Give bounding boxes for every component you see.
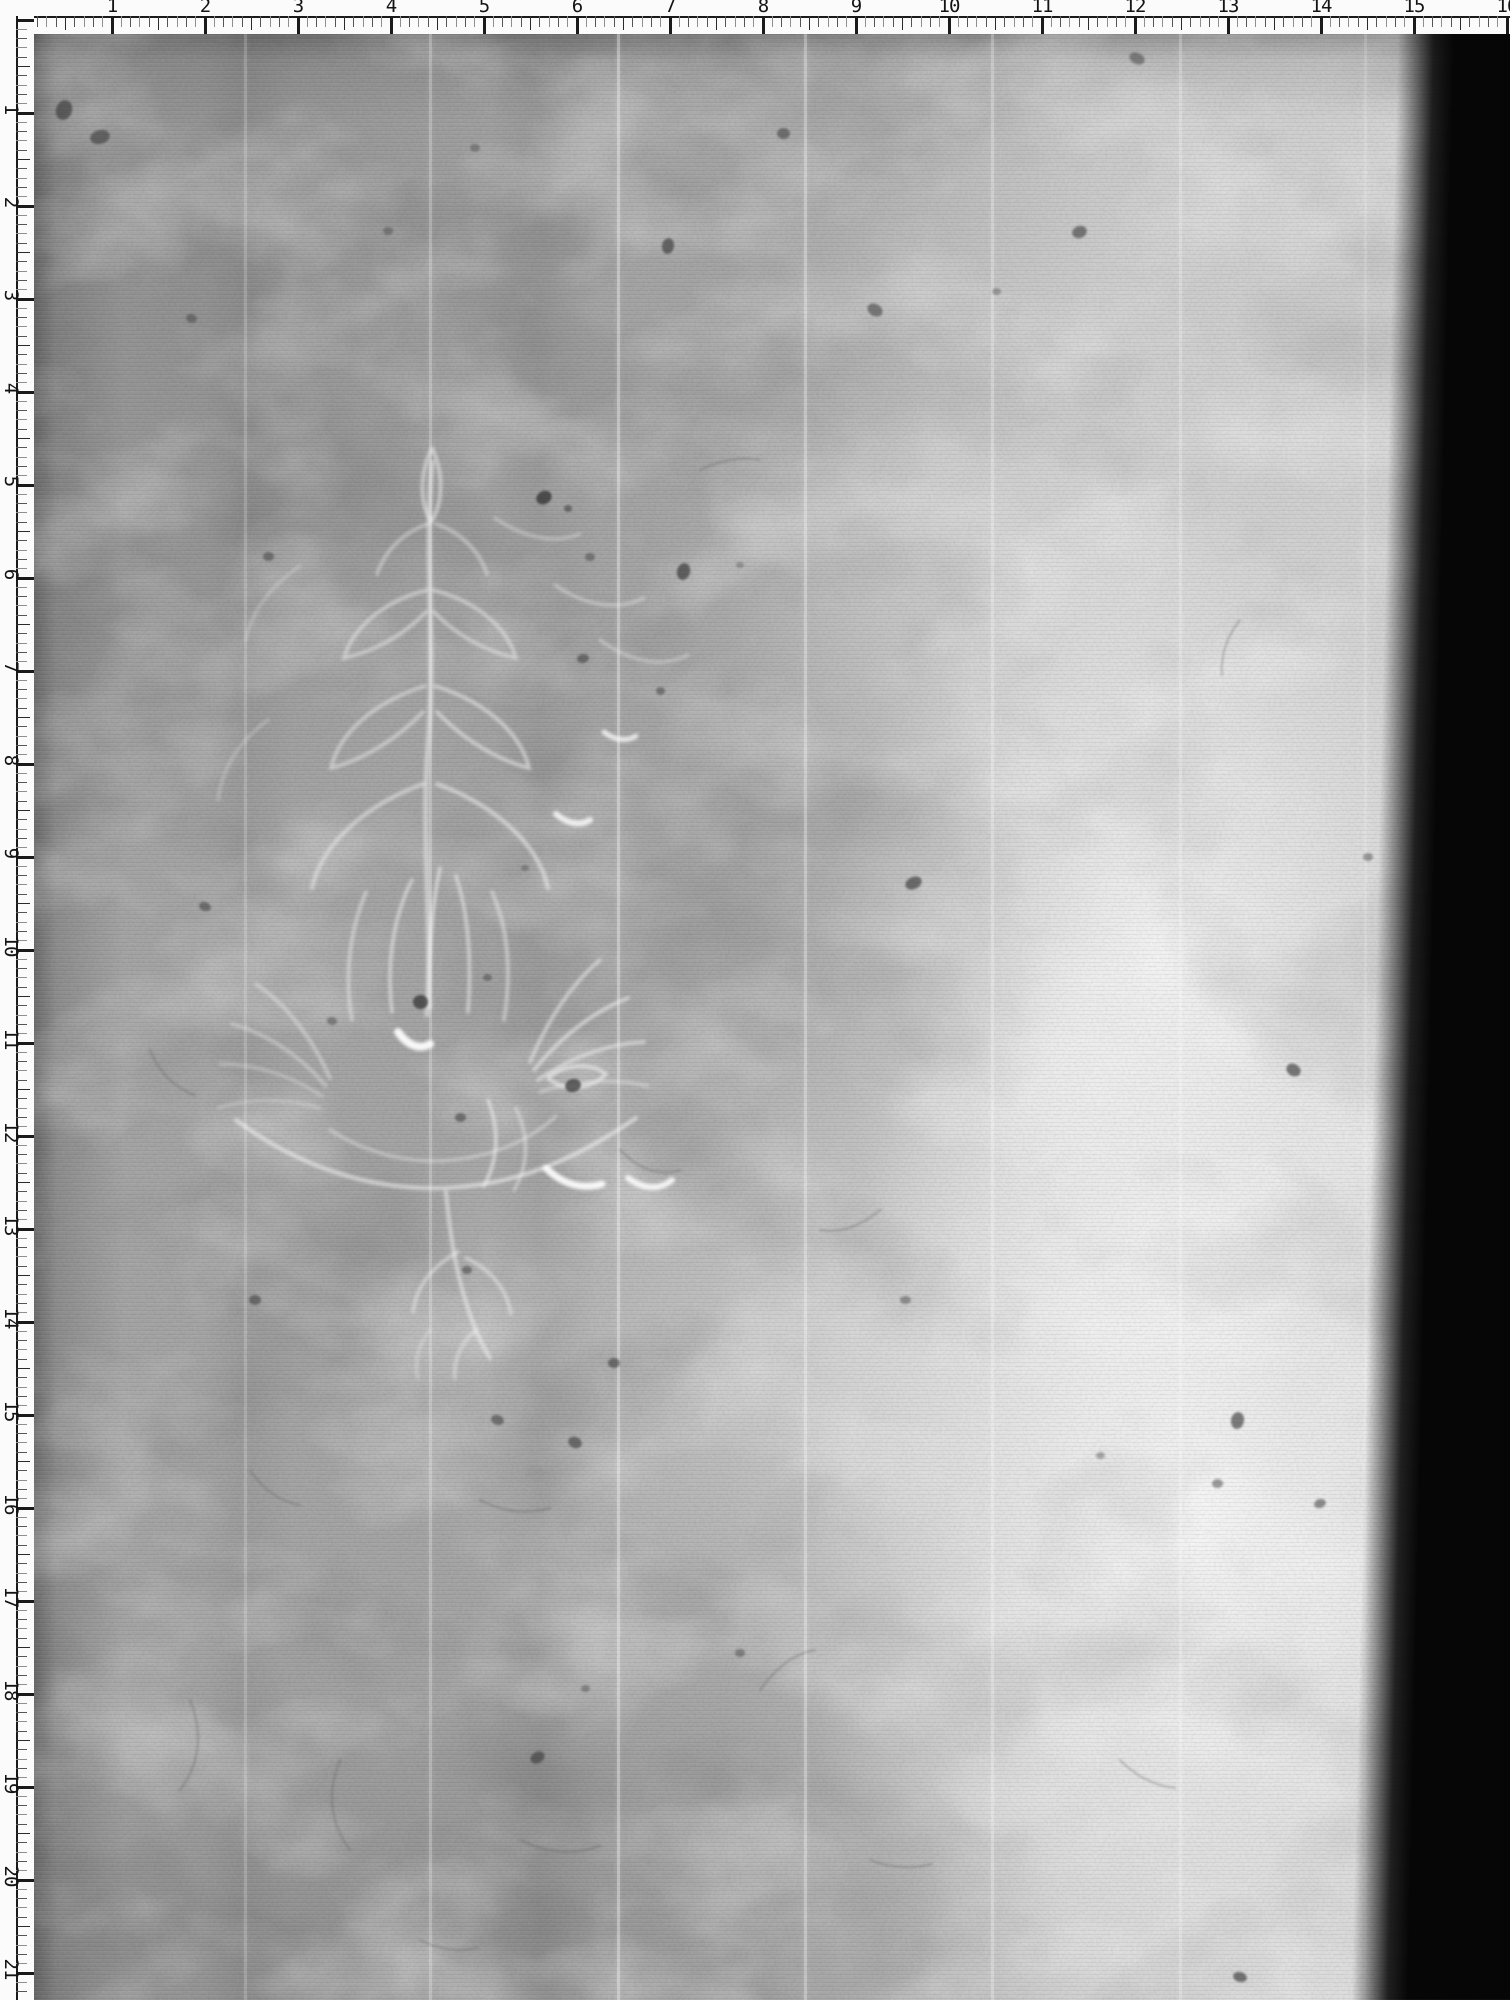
mm-tick <box>902 16 904 30</box>
ruler-left-label: 8 <box>0 738 19 782</box>
mm-tick <box>790 16 791 27</box>
mm-tick <box>1376 16 1377 27</box>
mm-tick <box>16 1191 27 1192</box>
mm-tick <box>530 16 532 30</box>
watermark-stroke <box>604 732 636 739</box>
watermark-stroke <box>218 1101 320 1109</box>
mm-tick <box>16 1563 27 1564</box>
mm-tick <box>16 1731 27 1732</box>
mm-tick <box>307 16 308 27</box>
watermark-stroke <box>446 1192 490 1358</box>
watermark-stroke <box>344 590 427 658</box>
cm-tick <box>948 16 951 34</box>
ruler-left-label: 9 <box>0 831 19 875</box>
mm-tick <box>16 1740 30 1742</box>
mm-tick <box>16 1824 27 1825</box>
mm-tick <box>16 633 27 634</box>
fiber-wisps <box>150 459 1240 1950</box>
mm-tick <box>16 1340 27 1341</box>
mm-tick <box>16 150 27 151</box>
watermark-stroke <box>600 640 688 662</box>
mm-tick <box>16 522 27 523</box>
mm-tick <box>16 708 27 709</box>
mm-tick <box>1023 16 1024 27</box>
mm-tick <box>1060 16 1061 27</box>
mm-tick <box>16 1359 27 1360</box>
mm-tick <box>1255 16 1256 27</box>
mm-tick <box>16 1619 27 1620</box>
mm-tick <box>16 1349 27 1350</box>
mm-tick <box>16 819 27 820</box>
mm-tick <box>16 605 27 606</box>
mm-tick <box>16 1182 30 1184</box>
mm-tick <box>1386 16 1387 27</box>
mm-tick <box>270 16 271 27</box>
mm-tick <box>502 16 503 27</box>
mm-tick <box>139 16 140 27</box>
mm-tick <box>474 16 475 27</box>
watermark-stroke <box>556 814 590 823</box>
paper-speck <box>1096 1452 1105 1459</box>
paper-speck <box>581 1685 590 1692</box>
watermark-stroke <box>433 590 516 658</box>
mm-tick <box>707 16 708 27</box>
mm-tick <box>167 16 168 27</box>
mm-tick <box>428 16 429 27</box>
cm-tick <box>669 16 672 34</box>
mm-tick <box>335 16 336 27</box>
mm-tick <box>725 16 726 27</box>
mm-tick <box>16 791 27 792</box>
mm-tick <box>632 16 633 27</box>
mm-tick <box>16 1442 27 1443</box>
mm-tick <box>967 16 968 27</box>
mm-tick <box>1404 16 1405 27</box>
mm-tick <box>846 16 847 27</box>
mm-tick <box>16 1712 27 1713</box>
paper-speck <box>455 1113 466 1122</box>
mm-tick <box>16 47 27 48</box>
watermark-stroke <box>348 892 366 1020</box>
mm-tick <box>893 16 894 27</box>
mm-tick <box>409 16 410 27</box>
paper-speck <box>470 144 480 152</box>
watermark-stroke <box>390 880 412 1012</box>
cm-tick <box>1506 16 1509 34</box>
mm-tick <box>16 1247 27 1248</box>
ruler-top-label: 10 <box>927 0 971 15</box>
mm-tick <box>16 1201 27 1202</box>
mm-tick <box>1460 16 1462 30</box>
ruler-top-label: 5 <box>462 0 506 15</box>
paper-speck <box>900 1296 911 1304</box>
mm-tick <box>16 875 27 876</box>
watermark-stroke <box>435 686 529 768</box>
mm-tick <box>177 16 178 27</box>
paper-speck <box>992 288 1001 295</box>
fiber-wisp <box>150 1050 195 1095</box>
mm-tick <box>1293 16 1294 27</box>
mm-tick <box>16 596 27 597</box>
fiber-wisp <box>700 459 760 470</box>
watermark-stroke <box>456 876 470 1012</box>
mm-tick <box>353 16 354 27</box>
mm-tick <box>800 16 801 27</box>
ruler-top-label: 15 <box>1392 0 1436 15</box>
watermark-stroke <box>232 1024 326 1086</box>
cm-tick <box>1134 16 1137 34</box>
mm-tick <box>214 16 215 27</box>
mm-tick <box>16 57 27 58</box>
mm-tick <box>344 16 346 30</box>
mm-tick <box>16 1917 27 1918</box>
mm-tick <box>93 16 94 27</box>
mm-tick <box>16 1368 30 1370</box>
mm-tick <box>465 16 466 27</box>
paper-speck <box>383 227 393 235</box>
watermark-stroke <box>492 892 508 1020</box>
mm-tick <box>437 16 439 30</box>
ruler-left-label: 18 <box>0 1668 19 1712</box>
mm-tick <box>16 624 30 626</box>
mm-tick <box>1162 16 1163 27</box>
mm-tick <box>16 233 27 234</box>
mm-tick <box>16 1833 30 1835</box>
mm-tick <box>16 1154 27 1155</box>
ruler-top-label: 16 <box>1485 0 1510 15</box>
watermark-stroke <box>413 1252 458 1312</box>
mm-tick <box>1004 16 1005 27</box>
mm-tick <box>16 1089 30 1091</box>
mm-tick <box>16 1628 27 1629</box>
ruler-left-label: 13 <box>0 1203 19 1247</box>
watermark <box>218 448 688 1378</box>
mm-tick <box>595 16 596 27</box>
mm-tick <box>223 16 224 27</box>
mm-tick <box>16 1452 27 1453</box>
mm-tick <box>16 159 30 161</box>
mm-tick <box>511 16 512 27</box>
mm-tick <box>16 1545 27 1546</box>
fiber-wisp <box>1120 1760 1175 1788</box>
mm-tick <box>1014 16 1015 27</box>
mm-tick <box>16 1526 27 1527</box>
mm-tick <box>16 717 30 719</box>
mm-tick <box>604 16 605 27</box>
mm-tick <box>1488 16 1489 27</box>
mm-tick <box>16 317 27 318</box>
ruler-left-label: 16 <box>0 1482 19 1526</box>
ruler-top-label: 8 <box>741 0 785 15</box>
mm-tick <box>16 884 27 885</box>
mm-tick <box>1311 16 1312 27</box>
fiber-wisp <box>420 1940 478 1950</box>
mm-tick <box>16 922 27 923</box>
mm-tick <box>16 419 27 420</box>
ruler-top-label: 1 <box>90 0 134 15</box>
ruler-top-label: 14 <box>1299 0 1343 15</box>
paper-speck <box>413 995 428 1009</box>
mm-tick <box>697 16 698 27</box>
mm-tick <box>16 1805 27 1806</box>
mm-tick <box>809 16 811 30</box>
mm-tick <box>16 531 30 533</box>
mm-tick <box>1367 16 1369 30</box>
mm-tick <box>976 16 977 27</box>
mm-tick <box>242 16 243 27</box>
cm-tick <box>1227 16 1230 34</box>
ruler-left-label: 15 <box>0 1389 19 1433</box>
mm-tick <box>16 1573 27 1574</box>
mm-tick <box>16 1749 27 1750</box>
mm-tick <box>16 336 27 337</box>
paper-speck <box>736 562 744 568</box>
mm-tick <box>16 224 27 225</box>
mm-tick <box>46 16 47 27</box>
mm-tick <box>363 16 364 27</box>
mm-tick <box>1274 16 1276 30</box>
mm-tick <box>130 16 131 27</box>
mm-tick <box>16 429 27 430</box>
mm-tick <box>558 16 559 27</box>
mm-tick <box>16 447 27 448</box>
mm-tick <box>16 1535 27 1536</box>
ruler-left-label: 17 <box>0 1575 19 1619</box>
mm-tick <box>1190 16 1191 27</box>
mm-tick <box>1246 16 1247 27</box>
mm-tick <box>158 16 160 30</box>
mm-tick <box>16 736 27 737</box>
mm-tick <box>195 16 196 27</box>
paper-speck <box>483 974 492 981</box>
watermark-stroke <box>466 1258 511 1314</box>
mm-tick <box>753 16 754 27</box>
mm-tick <box>1339 16 1340 27</box>
mm-tick <box>16 1926 30 1928</box>
cm-tick <box>483 16 486 34</box>
paper-speck <box>249 1295 261 1305</box>
watermark-stroke <box>398 1032 430 1047</box>
mm-tick <box>84 16 85 27</box>
mm-tick <box>16 1907 27 1908</box>
paper-speck <box>564 505 572 512</box>
watermark-stroke <box>246 566 300 640</box>
mm-tick <box>539 16 540 27</box>
cm-tick <box>1320 16 1323 34</box>
mm-tick <box>1079 16 1080 27</box>
mm-tick <box>930 16 931 27</box>
mm-tick <box>735 16 736 27</box>
mm-tick <box>679 16 680 27</box>
mm-tick <box>16 996 30 998</box>
mm-tick <box>16 66 30 68</box>
mm-tick <box>1097 16 1098 27</box>
paper-speck <box>1212 1479 1223 1488</box>
mm-tick <box>1069 16 1070 27</box>
mm-tick <box>688 16 689 27</box>
mm-tick <box>1237 16 1238 27</box>
mm-tick <box>642 16 643 27</box>
mm-tick <box>16 1461 30 1463</box>
mm-tick <box>781 16 782 27</box>
watermark-stroke <box>429 868 440 1008</box>
mm-tick <box>883 16 884 27</box>
ruler-left-label: 3 <box>0 273 19 317</box>
mm-tick <box>16 1070 27 1071</box>
ruler-top-label: 2 <box>183 0 227 15</box>
mm-tick <box>16 410 27 411</box>
mm-tick <box>16 726 27 727</box>
mm-tick <box>121 16 122 27</box>
mm-tick <box>16 364 27 365</box>
mm-tick <box>16 1991 27 1992</box>
ruler-left: 123456789101112131415161718192021 <box>0 0 34 2000</box>
mm-tick <box>16 457 27 458</box>
mm-tick <box>939 16 940 27</box>
watermark-photograph: 012345678910111213141516 123456789101112… <box>0 0 1510 2000</box>
watermark-stroke <box>455 1330 476 1378</box>
mm-tick <box>16 1061 27 1062</box>
mm-tick <box>921 16 922 27</box>
mm-tick <box>16 168 27 169</box>
mm-tick <box>16 540 27 541</box>
ruler-left-label: 1 <box>0 87 19 131</box>
mm-tick <box>16 810 30 812</box>
mm-tick <box>16 261 27 262</box>
mm-tick <box>400 16 401 27</box>
mm-tick <box>16 1275 30 1277</box>
mm-tick <box>16 1387 27 1388</box>
ruler-top-label: 11 <box>1020 0 1064 15</box>
mm-tick <box>16 252 30 254</box>
mm-tick <box>16 615 27 616</box>
cm-tick <box>390 16 393 34</box>
mm-tick <box>16 801 27 802</box>
mm-tick <box>16 829 27 830</box>
cm-tick <box>297 16 300 34</box>
watermark-stroke <box>331 686 425 768</box>
ruler-left-label: 19 <box>0 1761 19 1805</box>
mm-tick <box>16 438 30 440</box>
mm-tick <box>16 326 27 327</box>
mm-tick <box>16 178 27 179</box>
fiber-wisp <box>180 1700 198 1790</box>
mm-tick <box>1172 16 1173 27</box>
mm-tick <box>1181 16 1183 30</box>
watermark-stroke <box>417 1330 431 1378</box>
ruler-left-label: 21 <box>0 1947 19 1991</box>
mm-tick <box>16 354 27 355</box>
ruler-top-label: 13 <box>1206 0 1250 15</box>
mm-tick <box>16 1005 27 1006</box>
mm-tick <box>660 16 661 27</box>
mm-tick <box>623 16 625 30</box>
mm-tick <box>16 29 27 30</box>
mm-tick <box>16 243 27 244</box>
ruler-left-label: 5 <box>0 459 19 503</box>
mm-tick <box>16 1647 30 1649</box>
paper-speck <box>735 1649 745 1657</box>
mm-tick <box>16 1759 27 1760</box>
fiber-wisp <box>520 1840 600 1852</box>
ruler-left-label: 6 <box>0 552 19 596</box>
mm-tick <box>1441 16 1442 27</box>
mm-tick <box>16 1842 27 1843</box>
mm-tick <box>16 1852 27 1853</box>
paper-speck <box>462 1266 472 1274</box>
mm-tick <box>186 16 187 27</box>
mm-tick <box>958 16 959 27</box>
mm-tick <box>16 1108 27 1109</box>
mm-tick <box>1348 16 1349 27</box>
mm-tick <box>16 1470 27 1471</box>
mm-tick <box>102 16 103 27</box>
watermark-stroke <box>628 1178 672 1187</box>
mm-tick <box>65 16 67 30</box>
mm-tick <box>16 345 30 347</box>
watermark-stroke <box>555 585 644 605</box>
mm-tick <box>16 75 27 76</box>
cm-tick <box>204 16 207 34</box>
cm-tick <box>1041 16 1044 34</box>
fiber-wisp <box>760 1650 815 1690</box>
mm-tick <box>1144 16 1145 27</box>
watermark-stroke <box>437 784 548 888</box>
paper-speck <box>585 553 595 561</box>
mm-tick <box>456 16 457 27</box>
mm-tick <box>1209 16 1210 27</box>
ruler-left-label: 12 <box>0 1110 19 1154</box>
cm-tick <box>1413 16 1416 34</box>
cm-tick <box>111 16 114 34</box>
fiber-wisp <box>620 1150 680 1173</box>
mm-tick <box>16 1945 27 1946</box>
mm-tick <box>16 140 27 141</box>
mm-tick <box>16 698 27 699</box>
mm-tick <box>1116 16 1117 27</box>
ruler-left-label: 4 <box>0 366 19 410</box>
watermark-layer <box>0 0 1510 2000</box>
mm-tick <box>549 16 550 27</box>
mm-tick <box>279 16 280 27</box>
mm-tick <box>16 550 27 551</box>
mm-tick <box>16 503 27 504</box>
mm-tick <box>16 1554 30 1556</box>
mm-tick <box>149 16 150 27</box>
mm-tick <box>16 85 27 86</box>
mm-tick <box>744 16 745 27</box>
cm-tick <box>576 16 579 34</box>
watermark-stroke <box>218 720 268 800</box>
mm-tick <box>325 16 326 27</box>
mm-tick <box>251 16 253 30</box>
mm-tick <box>16 1656 27 1657</box>
fiber-wisp <box>250 1470 300 1505</box>
mm-tick <box>1358 16 1359 27</box>
watermark-stroke <box>484 1100 496 1186</box>
paper-speck <box>521 865 529 871</box>
watermark-stroke <box>495 518 580 539</box>
mm-tick <box>1265 16 1266 27</box>
mm-tick <box>986 16 987 27</box>
mm-tick <box>1451 16 1452 27</box>
ruler-left-label: 2 <box>0 180 19 224</box>
mm-tick <box>1107 16 1108 27</box>
paper-speck <box>608 1358 620 1368</box>
mm-tick <box>288 16 289 27</box>
paper-speck <box>263 552 274 561</box>
mm-tick <box>651 16 652 27</box>
